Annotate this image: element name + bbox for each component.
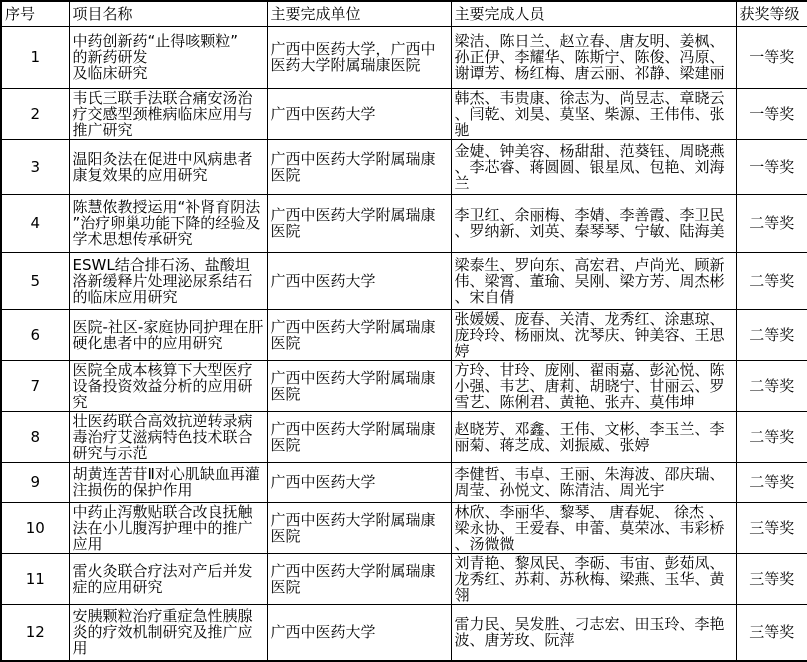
cell-completing-unit: 广西中医药大学附属瑞康医院 xyxy=(267,360,451,411)
cell-project-name: 韦氏三联手法联合痛安汤治疗交感型颈椎病临床应用与推广研究 xyxy=(69,88,267,139)
cell-completing-unit: 广西中医药大学附属瑞康医院 xyxy=(267,139,451,194)
cell-award-level: 二等奖 xyxy=(736,360,807,411)
cell-completing-unit: 广西中医药大学附属瑞康医院 xyxy=(267,553,451,604)
cell-completing-people: 赵晓芳、邓鑫、王伟、文彬、李玉兰、李丽菊、蒋芝成、刘振威、张婷 xyxy=(451,411,736,462)
table-header: 序号 项目名称 主要完成单位 主要完成人员 获奖等级 xyxy=(1,1,807,26)
cell-completing-unit: 广西中医药大学 xyxy=(267,604,451,661)
cell-completing-people: 李健哲、韦卓、王丽、朱海波、邵庆瑞、周莹、孙悦文、陈清洁、周光宇 xyxy=(451,462,736,502)
table-row: 10 中药止泻敷贴联合改良抚触法在小儿腹泻护理中的推广应用 广西中医药大学附属瑞… xyxy=(1,502,807,553)
table-row: 1 中药创新药“止得咳颗粒” 的新药研发 及临床研究 广西中医药大学，广西中医药… xyxy=(1,26,807,88)
cell-serial-number: 4 xyxy=(1,194,69,252)
cell-project-name: 陈慧侬教授运用“补肾育阴法”治疗卵巢功能下降的经验及学术思想传承研究 xyxy=(69,194,267,252)
table-row: 11 雷火灸联合疗法对产后并发症的应用研究 广西中医药大学附属瑞康医院 刘青艳、… xyxy=(1,553,807,604)
table-row: 7 医院全成本核算下大型医疗设备投资效益分析的应用研究 广西中医药大学附属瑞康医… xyxy=(1,360,807,411)
cell-completing-unit: 广西中医药大学，广西中医药大学附属瑞康医院 xyxy=(267,26,451,88)
cell-award-level: 一等奖 xyxy=(736,88,807,139)
cell-completing-unit: 广西中医药大学 xyxy=(267,88,451,139)
cell-serial-number: 5 xyxy=(1,252,69,309)
cell-project-name: 中药止泻敷贴联合改良抚触法在小儿腹泻护理中的推广应用 xyxy=(69,502,267,553)
awards-table: 序号 项目名称 主要完成单位 主要完成人员 获奖等级 1 中药创新药“止得咳颗粒… xyxy=(0,0,807,662)
cell-completing-unit: 广西中医药大学附属瑞康医院 xyxy=(267,309,451,360)
cell-completing-unit: 广西中医药大学附属瑞康医院 xyxy=(267,502,451,553)
col-header-project: 项目名称 xyxy=(69,1,267,26)
table-row: 12 安胰颗粒治疗重症急性胰腺炎的疗效机制研究及推广应用 广西中医药大学 雷力民… xyxy=(1,604,807,661)
col-header-no: 序号 xyxy=(1,1,69,26)
cell-serial-number: 10 xyxy=(1,502,69,553)
table-row: 2 韦氏三联手法联合痛安汤治疗交感型颈椎病临床应用与推广研究 广西中医药大学 韩… xyxy=(1,88,807,139)
cell-completing-unit: 广西中医药大学附属瑞康医院 xyxy=(267,194,451,252)
cell-completing-people: 雷力民、吴发胜、刁志宏、田玉玲、李艳波、唐芳玫、阮萍 xyxy=(451,604,736,661)
table-row: 8 壮医药联合高效抗逆转录病毒治疗艾滋病特色技术联合研究与示范 广西中医药大学附… xyxy=(1,411,807,462)
cell-completing-people: 刘青艳、黎凤民、李砺、韦宙、彭茹凤、龙秀红、苏莉、苏秋梅、梁燕、玉华、黄翎 xyxy=(451,553,736,604)
cell-project-name: 医院全成本核算下大型医疗设备投资效益分析的应用研究 xyxy=(69,360,267,411)
cell-serial-number: 11 xyxy=(1,553,69,604)
cell-serial-number: 6 xyxy=(1,309,69,360)
cell-award-level: 三等奖 xyxy=(736,604,807,661)
cell-completing-people: 韩杰、韦贵康、徐志为、尚昱志、章晓云、闫乾、刘昊、莫坚、柴源、王伟伟、张驰 xyxy=(451,88,736,139)
cell-completing-unit: 广西中医药大学 xyxy=(267,462,451,502)
cell-completing-people: 金婕、钟美容、杨甜甜、范葵钰、周晓燕、李芯睿、蒋圆圆、银星凤、包艳、刘海兰 xyxy=(451,139,736,194)
cell-completing-people: 梁泰生、罗向东、高宏君、卢尚光、顾新伟、梁霄、董瑜、吴刚、梁方芳、周杰彬、宋自倩 xyxy=(451,252,736,309)
cell-serial-number: 3 xyxy=(1,139,69,194)
col-header-unit: 主要完成单位 xyxy=(267,1,451,26)
header-row: 序号 项目名称 主要完成单位 主要完成人员 获奖等级 xyxy=(1,1,807,26)
cell-award-level: 一等奖 xyxy=(736,26,807,88)
cell-award-level: 二等奖 xyxy=(736,462,807,502)
table-row: 5 ESWL结合排石汤、盐酸坦洛新缓释片处理泌尿系结石的临床应用研究 广西中医药… xyxy=(1,252,807,309)
cell-award-level: 三等奖 xyxy=(736,502,807,553)
cell-completing-unit: 广西中医药大学附属瑞康医院 xyxy=(267,411,451,462)
table-row: 4 陈慧侬教授运用“补肾育阴法”治疗卵巢功能下降的经验及学术思想传承研究 广西中… xyxy=(1,194,807,252)
cell-completing-people: 李卫红、余丽梅、李婧、李善霞、李卫民、罗纳新、刘英、秦琴琴、宁敏、陆海美 xyxy=(451,194,736,252)
table-body: 1 中药创新药“止得咳颗粒” 的新药研发 及临床研究 广西中医药大学，广西中医药… xyxy=(1,26,807,661)
col-header-award: 获奖等级 xyxy=(736,1,807,26)
table-row: 6 医院-社区-家庭协同护理在肝硬化患者中的应用研究 广西中医药大学附属瑞康医院… xyxy=(1,309,807,360)
cell-project-name: 安胰颗粒治疗重症急性胰腺炎的疗效机制研究及推广应用 xyxy=(69,604,267,661)
cell-serial-number: 7 xyxy=(1,360,69,411)
cell-serial-number: 2 xyxy=(1,88,69,139)
cell-completing-people: 张媛媛、庞春、关清、龙秀红、涂惠琼、庞玲玲、杨丽岚、沈琴庆、钟美容、王思婷 xyxy=(451,309,736,360)
cell-serial-number: 8 xyxy=(1,411,69,462)
cell-completing-people: 梁洁、陈日兰、赵立春、唐友明、姜枫、孙正伊、李耀华、陈斯宁、陈俊、冯原、谢谭芳、… xyxy=(451,26,736,88)
cell-project-name: 中药创新药“止得咳颗粒” 的新药研发 及临床研究 xyxy=(69,26,267,88)
cell-project-name: 胡黄连苦苷Ⅱ对心肌缺血再灌注损伤的保护作用 xyxy=(69,462,267,502)
cell-project-name: 医院-社区-家庭协同护理在肝硬化患者中的应用研究 xyxy=(69,309,267,360)
cell-award-level: 二等奖 xyxy=(736,194,807,252)
cell-award-level: 二等奖 xyxy=(736,252,807,309)
cell-project-name: 雷火灸联合疗法对产后并发症的应用研究 xyxy=(69,553,267,604)
col-header-people: 主要完成人员 xyxy=(451,1,736,26)
cell-completing-people: 方玲、甘玲、庞刚、翟雨嘉、彭沁悦、陈小强、韦艺、唐莉、胡晓宁、甘丽云、罗雪艺、陈… xyxy=(451,360,736,411)
cell-award-level: 三等奖 xyxy=(736,553,807,604)
cell-serial-number: 12 xyxy=(1,604,69,661)
cell-award-level: 二等奖 xyxy=(736,309,807,360)
table-row: 9 胡黄连苦苷Ⅱ对心肌缺血再灌注损伤的保护作用 广西中医药大学 李健哲、韦卓、王… xyxy=(1,462,807,502)
cell-project-name: 温阳灸法在促进中风病患者康复效果的应用研究 xyxy=(69,139,267,194)
cell-serial-number: 1 xyxy=(1,26,69,88)
cell-completing-unit: 广西中医药大学 xyxy=(267,252,451,309)
cell-award-level: 二等奖 xyxy=(736,411,807,462)
cell-serial-number: 9 xyxy=(1,462,69,502)
cell-award-level: 一等奖 xyxy=(736,139,807,194)
table-row: 3 温阳灸法在促进中风病患者康复效果的应用研究 广西中医药大学附属瑞康医院 金婕… xyxy=(1,139,807,194)
cell-project-name: 壮医药联合高效抗逆转录病毒治疗艾滋病特色技术联合研究与示范 xyxy=(69,411,267,462)
cell-project-name: ESWL结合排石汤、盐酸坦洛新缓释片处理泌尿系结石的临床应用研究 xyxy=(69,252,267,309)
cell-completing-people: 林欣、李丽华、黎琴、 唐春妮、 徐杰 、梁永协、王爱春、申蕾、莫荣冰、韦彩桥、汤… xyxy=(451,502,736,553)
